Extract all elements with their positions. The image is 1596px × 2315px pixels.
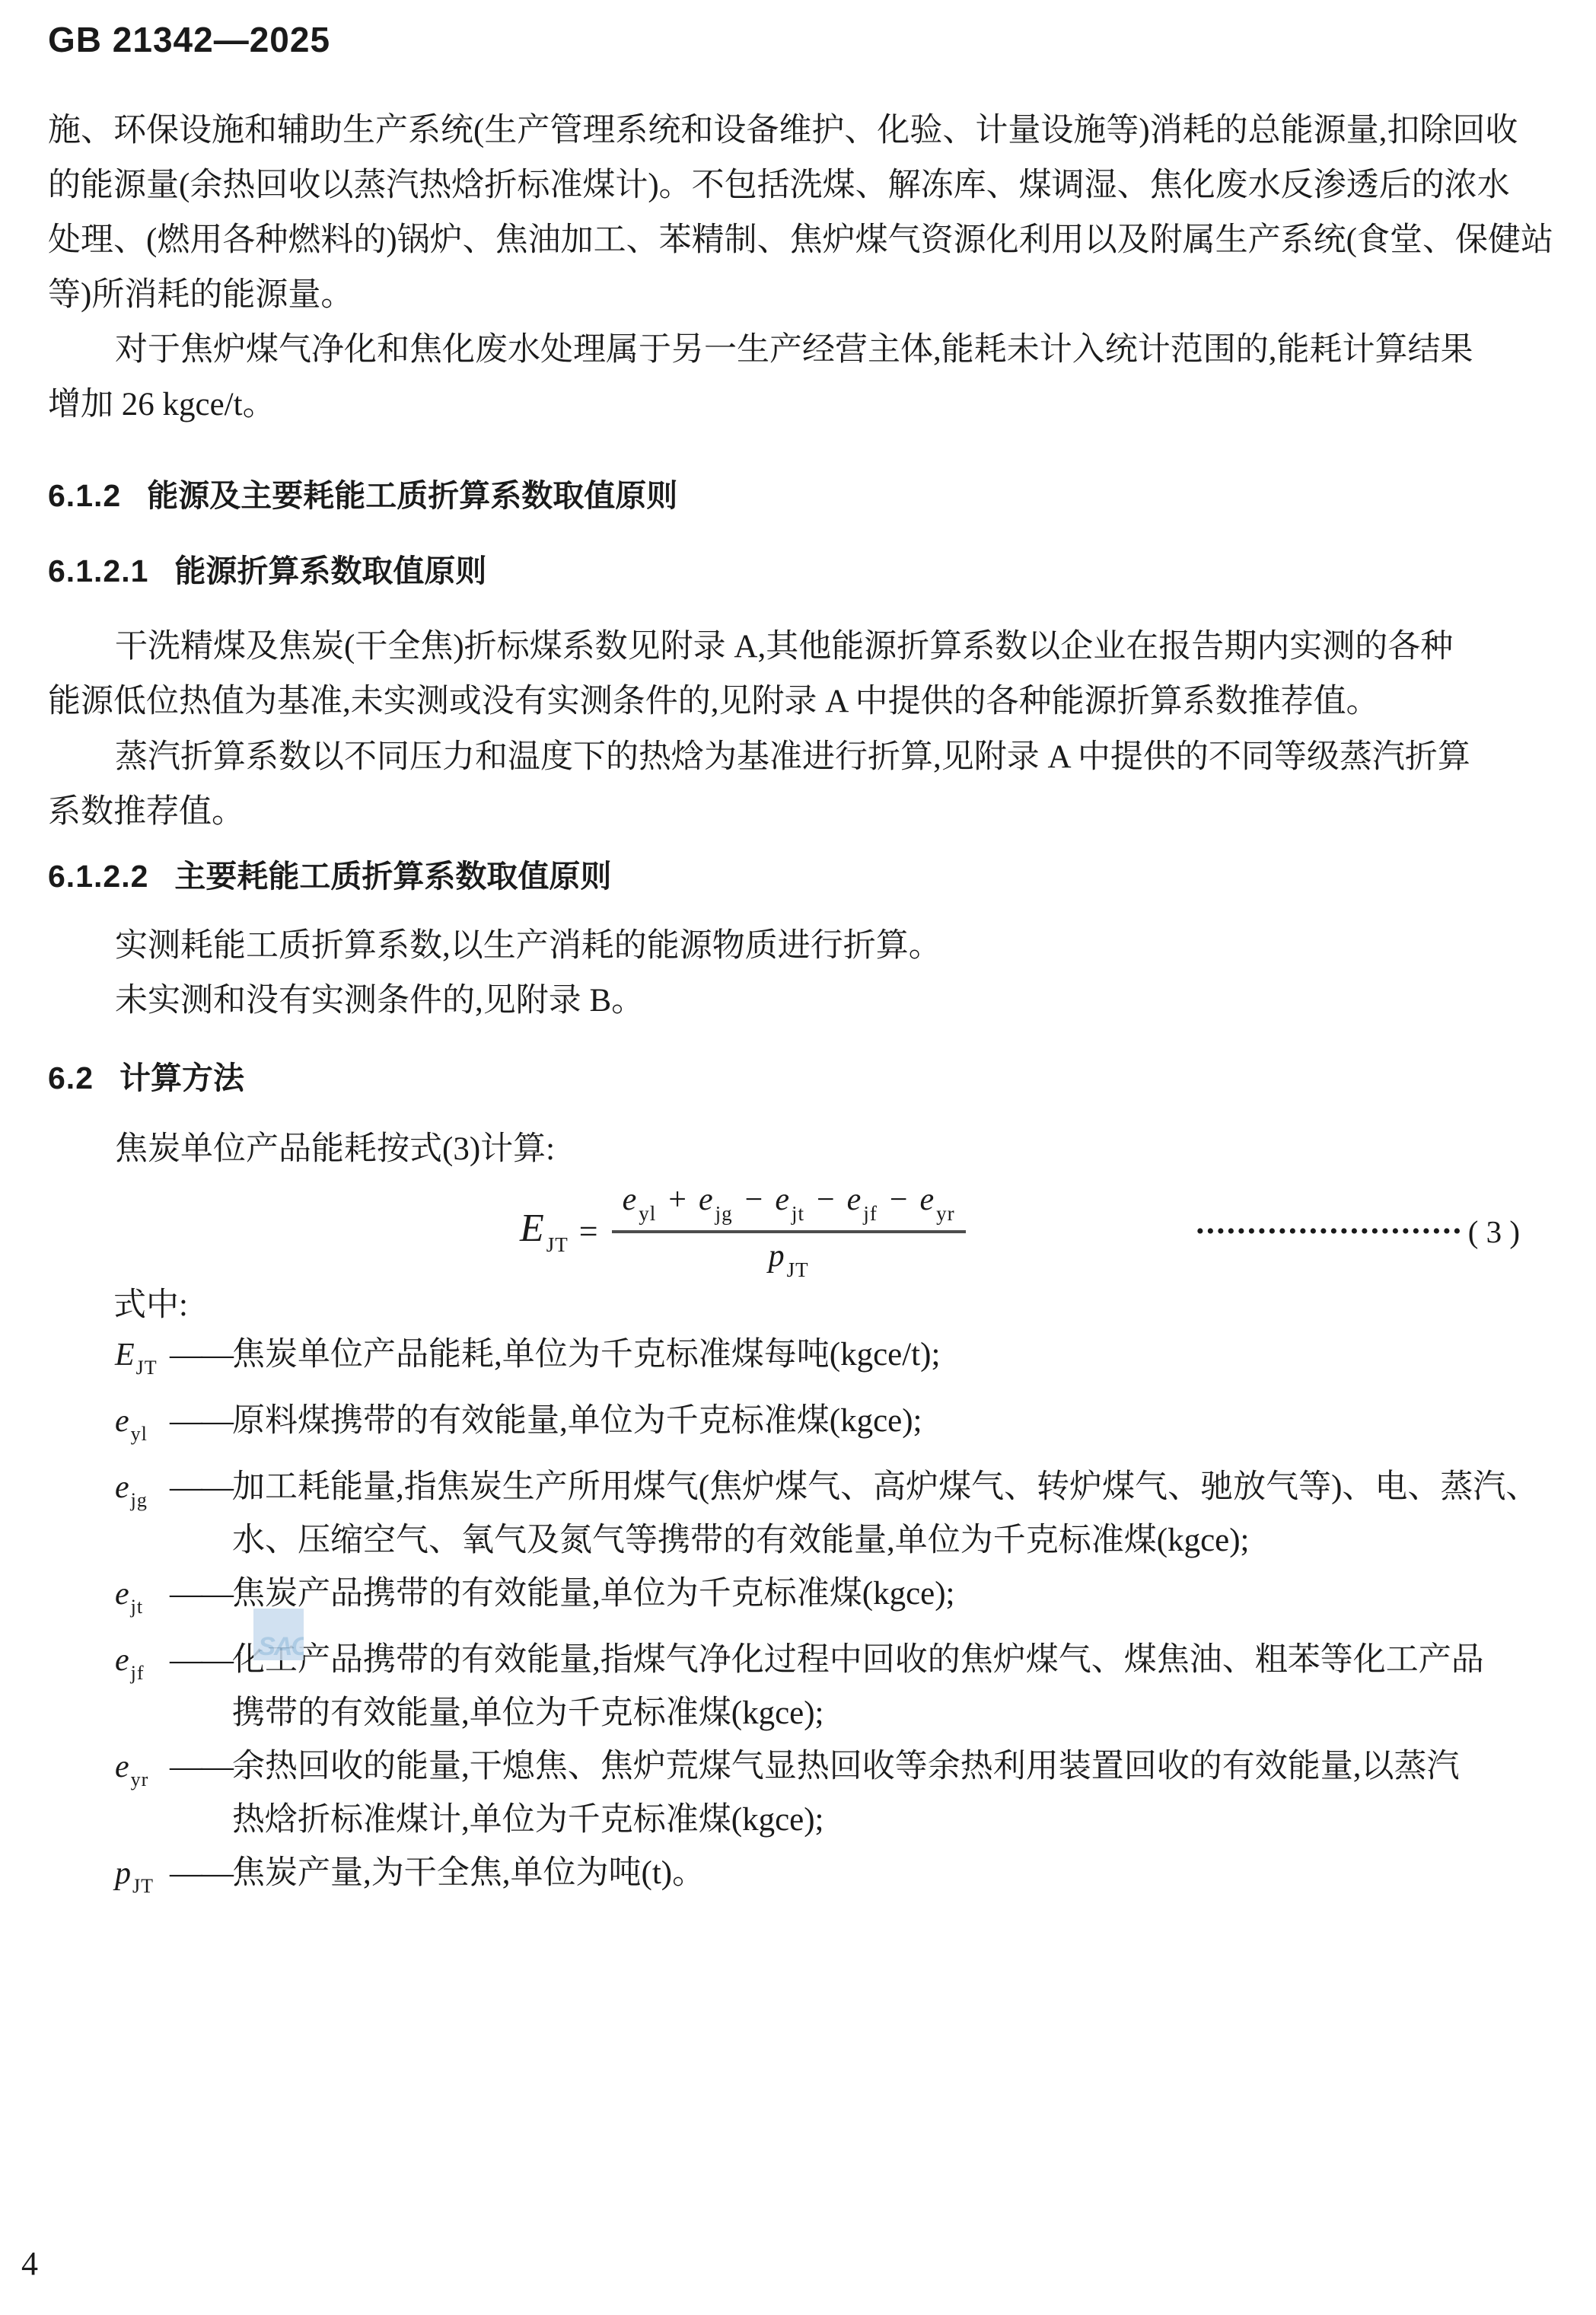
definition-row: EJT——焦炭单位产品能耗,单位为千克标准煤每吨(kgce/t); (48, 1328, 1520, 1395)
heading-number: 6.2 (48, 1060, 94, 1095)
definition-term: eyl—— (115, 1395, 232, 1461)
text-line: 等)所消耗的能源量。 (48, 268, 1520, 323)
text-line: 对于焦炉煤气净化和焦化废水处理属于另一生产经营主体,能耗未计入统计范围的,能耗计… (48, 323, 1520, 378)
equation-expression: EJT = eyl+ejg−ejt−ejf−eyr pJT (520, 1181, 966, 1282)
paragraph: 干洗精煤及焦炭(干全焦)折标煤系数见附录 A,其他能源折算系数以企业在报告期内实… (48, 620, 1520, 729)
variable: ejf (847, 1181, 878, 1226)
fraction-numerator: eyl+ejg−ejt−ejf−eyr (612, 1181, 966, 1233)
equation-lhs: EJT (520, 1206, 569, 1257)
text-line: 能源低位热值为基准,未实测或没有实测条件的,见附录 A 中提供的各种能源折算系数… (48, 674, 1520, 729)
operator: − (890, 1181, 908, 1218)
variable: ejg (699, 1181, 733, 1226)
definition-text: 焦炭产品携带的有效能量,单位为千克标准煤(kgce); (232, 1567, 1520, 1634)
definition-row: eyr——余热回收的能量,干熄焦、焦炉荒煤气显热回收等余热利用装置回收的有效能量… (48, 1740, 1520, 1847)
definition-text: 焦炭产量,为干全焦,单位为吨(t)。 (232, 1847, 1520, 1913)
definition-text: 原料煤携带的有效能量,单位为千克标准煤(kgce); (232, 1395, 1520, 1461)
page-number: 4 (21, 2244, 38, 2283)
paragraph: 焦炭单位产品能耗按式(3)计算: (48, 1122, 1520, 1177)
text-line: 焦炭产品携带的有效能量,单位为千克标准煤(kgce); (232, 1567, 1520, 1621)
definition-term: pJT—— (115, 1847, 232, 1913)
definition-text: 余热回收的能量,干熄焦、焦炉荒煤气显热回收等余热利用装置回收的有效能量,以蒸汽热… (232, 1740, 1520, 1847)
definition-dash: —— (170, 1461, 232, 1514)
definition-dash: —— (170, 1847, 232, 1900)
watermark-logo: SAC (253, 1609, 304, 1660)
heading-number: 6.1.2.1 (48, 553, 148, 588)
text-line: 加工耗能量,指焦炭生产所用煤气(焦炉煤气、高炉煤气、转炉煤气、驰放气等)、电、蒸… (232, 1461, 1520, 1514)
heading-title: 主要耗能工质折算系数取值原则 (174, 859, 611, 894)
leader-dots: •••••••••••••••••••••••••• (1196, 1220, 1464, 1243)
definition-row: ejg——加工耗能量,指焦炭生产所用煤气(焦炉煤气、高炉煤气、转炉煤气、驰放气等… (48, 1461, 1520, 1567)
text-line: 余热回收的能量,干熄焦、焦炉荒煤气显热回收等余热利用装置回收的有效能量,以蒸汽 (232, 1740, 1520, 1794)
definition-dash: —— (170, 1634, 232, 1687)
text-line: 增加 26 kgce/t。 (48, 378, 1520, 432)
heading-6-1-2-1: 6.1.2.1能源折算系数取值原则 (48, 552, 1520, 590)
operator: − (817, 1181, 835, 1218)
definition-term: ejg—— (115, 1461, 232, 1567)
definition-term: ejf—— (115, 1634, 232, 1740)
paragraph: 蒸汽折算系数以不同压力和温度下的热焓为基准进行折算,见附录 A 中提供的不同等级… (48, 730, 1520, 840)
paragraph: 未实测和没有实测条件的,见附录 B。 (48, 974, 1520, 1028)
text-line: 蒸汽折算系数以不同压力和温度下的热焓为基准进行折算,见附录 A 中提供的不同等级… (48, 730, 1520, 785)
definition-dash: —— (170, 1328, 232, 1382)
equation-number: ( 3 ) (1468, 1213, 1520, 1250)
paragraph: 对于焦炉煤气净化和焦化废水处理属于另一生产经营主体,能耗未计入统计范围的,能耗计… (48, 323, 1520, 432)
text-line: 焦炭单位产品能耗按式(3)计算: (48, 1122, 1520, 1177)
equation-3: EJT = eyl+ejg−ejt−ejf−eyr pJT ••••••••••… (48, 1180, 1520, 1283)
paragraph-continuation: 施、环保设施和辅助生产系统(生产管理系统和设备维护、化验、计量设施等)消耗的总能… (48, 104, 1520, 323)
fraction-denominator: pJT (769, 1233, 809, 1282)
standard-number-header: GB 21342—2025 (48, 20, 1520, 59)
text-line: 化工产品携带的有效能量,指煤气净化过程中回收的焦炉煤气、煤焦油、粗苯等化工产品 (232, 1634, 1520, 1687)
equals-sign: = (579, 1212, 598, 1251)
where-label: 式中: (48, 1283, 1520, 1328)
definition-text: 加工耗能量,指焦炭生产所用煤气(焦炉煤气、高炉煤气、转炉煤气、驰放气等)、电、蒸… (232, 1461, 1520, 1567)
text-line: 水、压缩空气、氧气及氮气等携带的有效能量,单位为千克标准煤(kgce); (232, 1514, 1520, 1567)
operator: − (745, 1181, 763, 1218)
text-line: 的能源量(余热回收以蒸汽热焓折标准煤计)。不包括洗煤、解冻库、煤调湿、焦化废水反… (48, 158, 1520, 213)
heading-6-1-2: 6.1.2能源及主要耗能工质折算系数取值原则 (48, 477, 1520, 515)
heading-title: 能源折算系数取值原则 (174, 553, 486, 588)
text-line: 焦炭产量,为干全焦,单位为吨(t)。 (232, 1847, 1520, 1900)
text-line: 系数推荐值。 (48, 785, 1520, 840)
definition-text: 焦炭单位产品能耗,单位为千克标准煤每吨(kgce/t); (232, 1328, 1520, 1395)
variable: eyl (623, 1181, 657, 1226)
text-line: 携带的有效能量,单位为千克标准煤(kgce); (232, 1687, 1520, 1740)
operator: + (668, 1181, 687, 1218)
definition-dash: —— (170, 1395, 232, 1448)
definition-term: ejt—— (115, 1567, 232, 1634)
text-line: 未实测和没有实测条件的,见附录 B。 (48, 974, 1520, 1028)
text-line: 热焓折标准煤计,单位为千克标准煤(kgce); (232, 1794, 1520, 1847)
variable: ejt (775, 1181, 804, 1226)
definition-dash: —— (170, 1567, 232, 1621)
heading-title: 能源及主要耗能工质折算系数取值原则 (147, 478, 677, 513)
definition-row: pJT——焦炭产量,为干全焦,单位为吨(t)。 (48, 1847, 1520, 1913)
heading-6-2: 6.2计算方法 (48, 1059, 1520, 1097)
equation-leader: •••••••••••••••••••••••••• ( 3 ) (1196, 1213, 1520, 1250)
text-line: 实测耗能工质折算系数,以生产消耗的能源物质进行折算。 (48, 919, 1520, 974)
definition-term: EJT—— (115, 1328, 232, 1395)
heading-6-1-2-2: 6.1.2.2主要耗能工质折算系数取值原则 (48, 857, 1520, 895)
text-line: 处理、(燃用各种燃料的)锅炉、焦油加工、苯精制、焦炉煤气资源化利用以及附属生产系… (48, 213, 1520, 268)
document-page: GB 21342—2025 施、环保设施和辅助生产系统(生产管理系统和设备维护、… (0, 0, 1596, 2315)
text-line: 原料煤携带的有效能量,单位为千克标准煤(kgce); (232, 1395, 1520, 1448)
definition-text: 化工产品携带的有效能量,指煤气净化过程中回收的焦炉煤气、煤焦油、粗苯等化工产品携… (232, 1634, 1520, 1740)
heading-number: 6.1.2.2 (48, 859, 148, 894)
definition-term: eyr—— (115, 1740, 232, 1847)
heading-title: 计算方法 (119, 1060, 244, 1095)
definition-dash: —— (170, 1740, 232, 1794)
text-line: 施、环保设施和辅助生产系统(生产管理系统和设备维护、化验、计量设施等)消耗的总能… (48, 104, 1520, 158)
text-line: 焦炭单位产品能耗,单位为千克标准煤每吨(kgce/t); (232, 1328, 1520, 1382)
variable: eyr (920, 1181, 955, 1226)
definition-row: eyl——原料煤携带的有效能量,单位为千克标准煤(kgce); (48, 1395, 1520, 1461)
paragraph: 实测耗能工质折算系数,以生产消耗的能源物质进行折算。 (48, 919, 1520, 974)
heading-number: 6.1.2 (48, 478, 121, 513)
fraction: eyl+ejg−ejt−ejf−eyr pJT (612, 1181, 966, 1282)
text-line: 干洗精煤及焦炭(干全焦)折标煤系数见附录 A,其他能源折算系数以企业在报告期内实… (48, 620, 1520, 674)
